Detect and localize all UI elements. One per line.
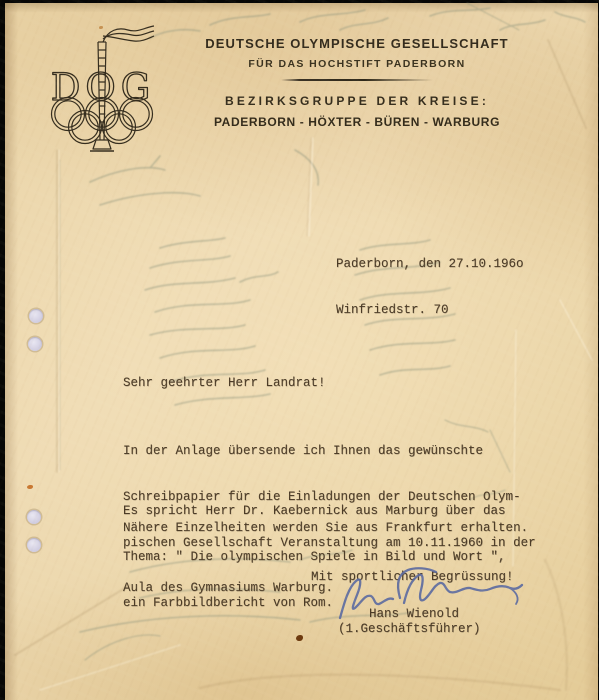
scanned-letter: DOG DEUTSCHE OLYMPISCHE GESELLSCHAFT FÜR…: [0, 0, 599, 700]
signer-name: Hans Wienold: [369, 607, 459, 622]
handwritten-signature: [0, 0, 599, 700]
signer-title: (1.Geschäftsführer): [338, 622, 481, 637]
